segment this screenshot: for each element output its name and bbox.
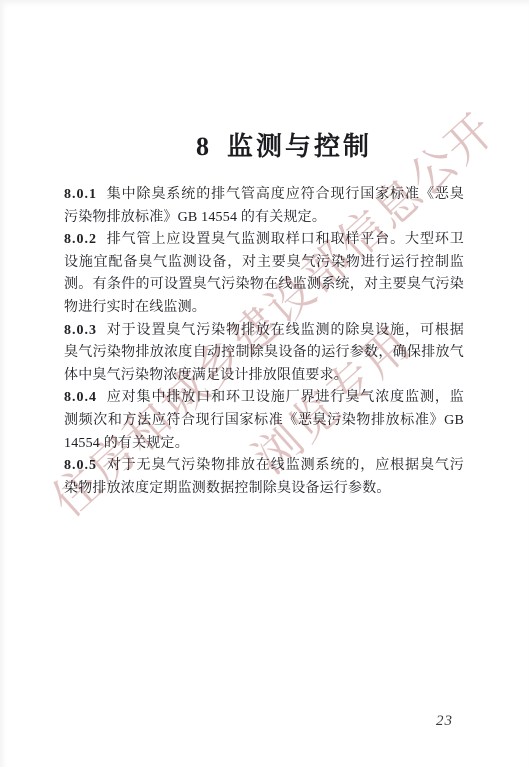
clause-8.0.5-line-2: 染物排放浓度定期监测数据控制除臭设备运行参数。 bbox=[64, 478, 464, 501]
clause-8.0.3-line-3: 体中臭气污染物浓度满足设计排放限值要求。 bbox=[64, 365, 464, 388]
section-number: 8 bbox=[196, 132, 209, 161]
clause-number: 8.0.5 bbox=[64, 458, 97, 473]
clause-8.0.2-line-1: 8.0.2排气管上应设置臭气监测取样口和取样平台。大型环卫 bbox=[64, 229, 464, 252]
clause-number: 8.0.1 bbox=[64, 187, 97, 202]
clause-8.0.2-line-4: 物进行实时在线监测。 bbox=[64, 297, 464, 320]
clause-8.0.4-line-3: 14554 的有关规定。 bbox=[64, 433, 464, 456]
clause-8.0.4-line-1: 8.0.4应对集中排放口和环卫设施厂界进行臭气浓度监测，监 bbox=[64, 387, 464, 410]
clause-8.0.3-line-2: 臭气污染物排放浓度自动控制除臭设备的运行参数，确保排放气 bbox=[64, 342, 464, 365]
clause-number: 8.0.4 bbox=[64, 390, 97, 405]
clause-8.0.3-line-1: 8.0.3对于设置臭气污染物排放在线监测的除臭设施，可根据 bbox=[64, 320, 464, 343]
section-title-text: 监测与控制 bbox=[227, 132, 372, 161]
clause-8.0.5-line-1: 8.0.5对于无臭气污染物排放在线监测系统的，应根据臭气污 bbox=[64, 455, 464, 478]
clause-number: 8.0.2 bbox=[64, 232, 97, 247]
clause-8.0.1-line-1: 8.0.1集中除臭系统的排气管高度应符合现行国家标准《恶臭 bbox=[64, 184, 464, 207]
clause-8.0.2-line-3: 测。有条件的可设置臭气污染物在线监测系统，对主要臭气污染 bbox=[64, 274, 464, 297]
clause-8.0.1-line-2: 污染物排放标准》GB 14554 的有关规定。 bbox=[64, 207, 464, 230]
clause-number: 8.0.3 bbox=[64, 323, 97, 338]
clause-8.0.2-line-2: 设施宜配备臭气监测设备，对主要臭气污染物进行运行控制监 bbox=[64, 252, 464, 275]
section-title: 8监测与控制 bbox=[84, 126, 484, 160]
clauses-container: 8.0.1集中除臭系统的排气管高度应符合现行国家标准《恶臭污染物排放标准》GB … bbox=[64, 184, 464, 500]
page-number: 23 bbox=[436, 713, 453, 730]
clause-8.0.4-line-2: 测频次和方法应符合现行国家标准《恶臭污染物排放标准》GB bbox=[64, 410, 464, 433]
document-page: 住房和城乡建设部信息公开 浏览专用 8监测与控制 8.0.1集中除臭系统的排气管… bbox=[0, 0, 529, 767]
